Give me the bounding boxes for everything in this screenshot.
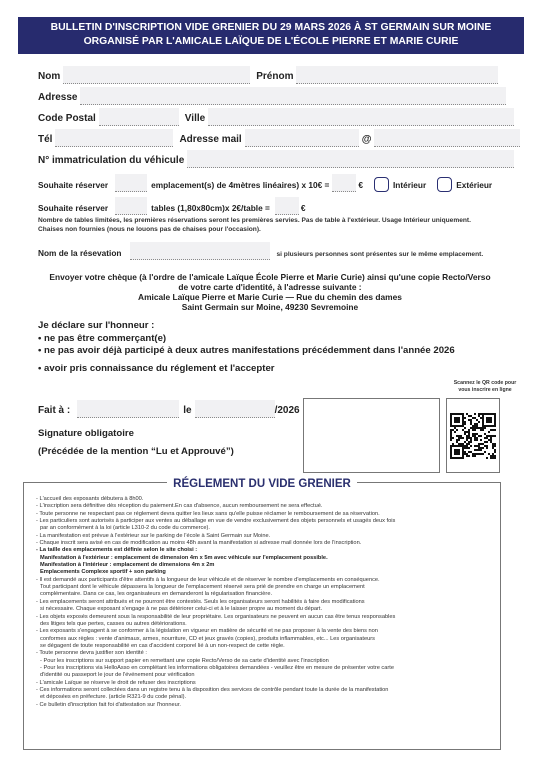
signature-label: Signature obligatoire <box>38 425 234 443</box>
rules-title: RÉGLEMENT DU VIDE GRENIER <box>167 478 357 490</box>
nom-reservation-hint: si plusieurs personnes sont présentes su… <box>276 251 483 260</box>
rules-line: - L'amicale Laïque se réserve le droit d… <box>36 680 496 687</box>
header-title-line2: ORGANISÉ PAR L'AMICALE LAÏQUE DE L'ÉCOLE… <box>18 35 524 49</box>
rules-line: d'identité ou passeport le jour de l'évé… <box>36 672 496 679</box>
nom-reservation-label: Nom de la résevation <box>38 248 121 260</box>
emplacement-prefix: Souhaite réserver <box>38 180 108 192</box>
rules-line: - Les exposants s'engagent à se conforme… <box>36 628 496 635</box>
signature-mention: (Précédée de la mention “Lu et Approuvé”… <box>38 443 234 461</box>
adresse-label: Adresse <box>38 92 77 105</box>
nom-field[interactable] <box>63 66 250 84</box>
rules-line: - Les emplacements seront attribués et n… <box>36 599 496 606</box>
rules-line: - Il est demandé aux participants d'être… <box>36 577 496 584</box>
tables-note: Nombre de tables limitées, les premières… <box>38 217 471 234</box>
email-domain-field[interactable] <box>374 129 520 147</box>
interieur-label: Intérieur <box>393 180 426 192</box>
rules-line: - Toute personne ne respectant pas ce ré… <box>36 511 496 518</box>
rules-line: se dégagent de toute responsabilité en c… <box>36 643 496 650</box>
rules-line: - Pour les inscriptions via HelloAsso en… <box>36 665 496 672</box>
rules-line: - Chaque inscrit sera avisé en cas de mo… <box>36 540 496 547</box>
envoi-line4: Saint Germain sur Moine, 49230 Sevremoin… <box>30 302 510 312</box>
interieur-checkbox[interactable] <box>374 177 389 192</box>
qr-code-icon <box>450 405 496 467</box>
envoi-line3: Amicale Laïque Pierre et Marie Curie — R… <box>30 292 510 302</box>
prenom-field[interactable] <box>296 66 498 84</box>
tables-note-line1: Nombre de tables limitées, les premières… <box>38 217 471 226</box>
exterieur-checkbox[interactable] <box>437 177 452 192</box>
nom-reservation-field[interactable] <box>130 242 270 260</box>
ville-label: Ville <box>185 113 205 126</box>
code-postal-field[interactable] <box>99 108 179 126</box>
row-code-postal-ville: Code Postal Ville <box>38 108 514 126</box>
nom-label: Nom <box>38 71 60 84</box>
date-field[interactable] <box>195 400 275 418</box>
rules-line: - La manifestation est prévue à l'extéri… <box>36 533 496 540</box>
tables-quantity-field[interactable] <box>115 197 147 215</box>
declaration-item-2: • ne pas avoir déjà participé à deux aut… <box>38 345 455 358</box>
emplacement-quantity-field[interactable] <box>115 174 147 192</box>
tables-prefix: Souhaite réserver <box>38 203 108 215</box>
tables-note-line2: Chaises non fournies (nous ne louons pas… <box>38 226 471 235</box>
declaration-item-3: • avoir pris connaissance du réglement e… <box>38 363 455 376</box>
prenom-label: Prénom <box>256 71 293 84</box>
declaration-item-1: • ne pas être commerçant(e) <box>38 333 455 346</box>
rules-line: - Toute personne devra justifier son ide… <box>36 650 496 657</box>
rules-line: - Ces informations seront collectées dan… <box>36 687 496 694</box>
email-user-field[interactable] <box>245 129 359 147</box>
rules-line: des litiges tels que pertes, casses ou a… <box>36 621 496 628</box>
declaration-block: Je déclare sur l'honneur : • ne pas être… <box>38 320 455 375</box>
rules-title-wrap: RÉGLEMENT DU VIDE GRENIER <box>24 474 500 492</box>
year-suffix: /2026 <box>275 405 300 418</box>
qr-caption: Scannez le QR code pour vous inscrire en… <box>440 380 530 393</box>
immatriculation-label: N° immatriculation du véhicule <box>38 155 184 168</box>
at-sign: @ <box>362 134 372 147</box>
emplacement-total-field[interactable] <box>332 174 356 192</box>
header-banner: BULLETIN D'INSCRIPTION VIDE GRENIER DU 2… <box>18 17 524 54</box>
qr-caption-line2: vous inscrire en ligne <box>440 387 530 394</box>
tel-label: Tél <box>38 134 52 147</box>
adresse-field[interactable] <box>80 87 506 105</box>
adresse-mail-label: Adresse mail <box>179 134 241 147</box>
rules-box: RÉGLEMENT DU VIDE GRENIER - L'accueil de… <box>23 482 501 750</box>
tables-currency: € <box>301 203 306 215</box>
emplacement-text: emplacement(s) de 4mètres linéaires) x 1… <box>151 180 329 192</box>
tables-total-field[interactable] <box>275 197 299 215</box>
rules-line: si nécessaire. Chaque exposant s'engage … <box>36 606 496 613</box>
rules-line: - Pour les inscriptions sur support papi… <box>36 658 496 665</box>
signature-info: Signature obligatoire (Précédée de la me… <box>38 425 234 461</box>
rules-list: - L'accueil des exposants débutera à 8h0… <box>36 496 496 709</box>
row-fait-a: Fait à : le /2026 <box>38 400 303 418</box>
rules-line: - Les objets exposés demeurent sous la r… <box>36 614 496 621</box>
rules-line: conformes aux règles : vente d'animaux, … <box>36 636 496 643</box>
exterieur-label: Extérieur <box>456 180 492 192</box>
rules-line: Manifestation à l'intérieur : emplacemen… <box>36 562 496 569</box>
le-label: le <box>183 405 191 418</box>
code-postal-label: Code Postal <box>38 113 96 126</box>
tel-field[interactable] <box>55 129 173 147</box>
header-title-line1: BULLETIN D'INSCRIPTION VIDE GRENIER DU 2… <box>18 21 524 35</box>
rules-line: Manifestation à l'extérieur : emplacemen… <box>36 555 496 562</box>
qr-code-box[interactable] <box>446 398 500 473</box>
rules-line: - L'accueil des exposants débutera à 8h0… <box>36 496 496 503</box>
row-adresse: Adresse <box>38 87 506 105</box>
rules-line: - L'inscription sera définitive dès réce… <box>36 503 496 510</box>
row-nom-prenom: Nom Prénom <box>38 66 498 84</box>
rules-line: - Ce bulletin d'inscription fait foi d'a… <box>36 702 496 709</box>
envoi-line1: Envoyer votre chèque (à l'ordre de l'ami… <box>30 272 510 282</box>
ville-field[interactable] <box>208 108 514 126</box>
rules-line: - La taille des emplacements est définie… <box>36 547 496 554</box>
row-tables: Souhaite réserver tables (1,80x80cm)x 2€… <box>38 197 309 215</box>
row-immatriculation: N° immatriculation du véhicule <box>38 150 514 168</box>
immatriculation-field[interactable] <box>187 150 514 168</box>
rules-line: et déposées en préfecture. (article R321… <box>36 694 496 701</box>
fait-a-field[interactable] <box>77 400 179 418</box>
row-tel-mail: Tél Adresse mail @ <box>38 129 520 147</box>
rules-line: par an conformément à la loi (article L3… <box>36 525 496 532</box>
rules-line: Emplacements Complexe sportif + son park… <box>36 569 496 576</box>
row-nom-reservation: Nom de la résevation si plusieurs person… <box>38 242 486 260</box>
emplacement-currency: € <box>358 180 363 192</box>
tables-text: tables (1,80x80cm)x 2€/table = <box>151 203 270 215</box>
rules-line: Tout participant dont le véhicule dépass… <box>36 584 496 591</box>
rules-line: - Les particuliers sont autorisés à part… <box>36 518 496 525</box>
signature-box[interactable] <box>303 398 440 473</box>
row-emplacement: Souhaite réserver emplacement(s) de 4mèt… <box>38 174 495 192</box>
envoi-line2: de votre carte d'identité, à l'adresse s… <box>30 282 510 292</box>
envoi-block: Envoyer votre chèque (à l'ordre de l'ami… <box>30 272 510 312</box>
fait-a-label: Fait à : <box>38 405 70 418</box>
declaration-title: Je déclare sur l'honneur : <box>38 320 455 333</box>
rules-line: complémentaire. Dans ce cas, les organis… <box>36 591 496 598</box>
